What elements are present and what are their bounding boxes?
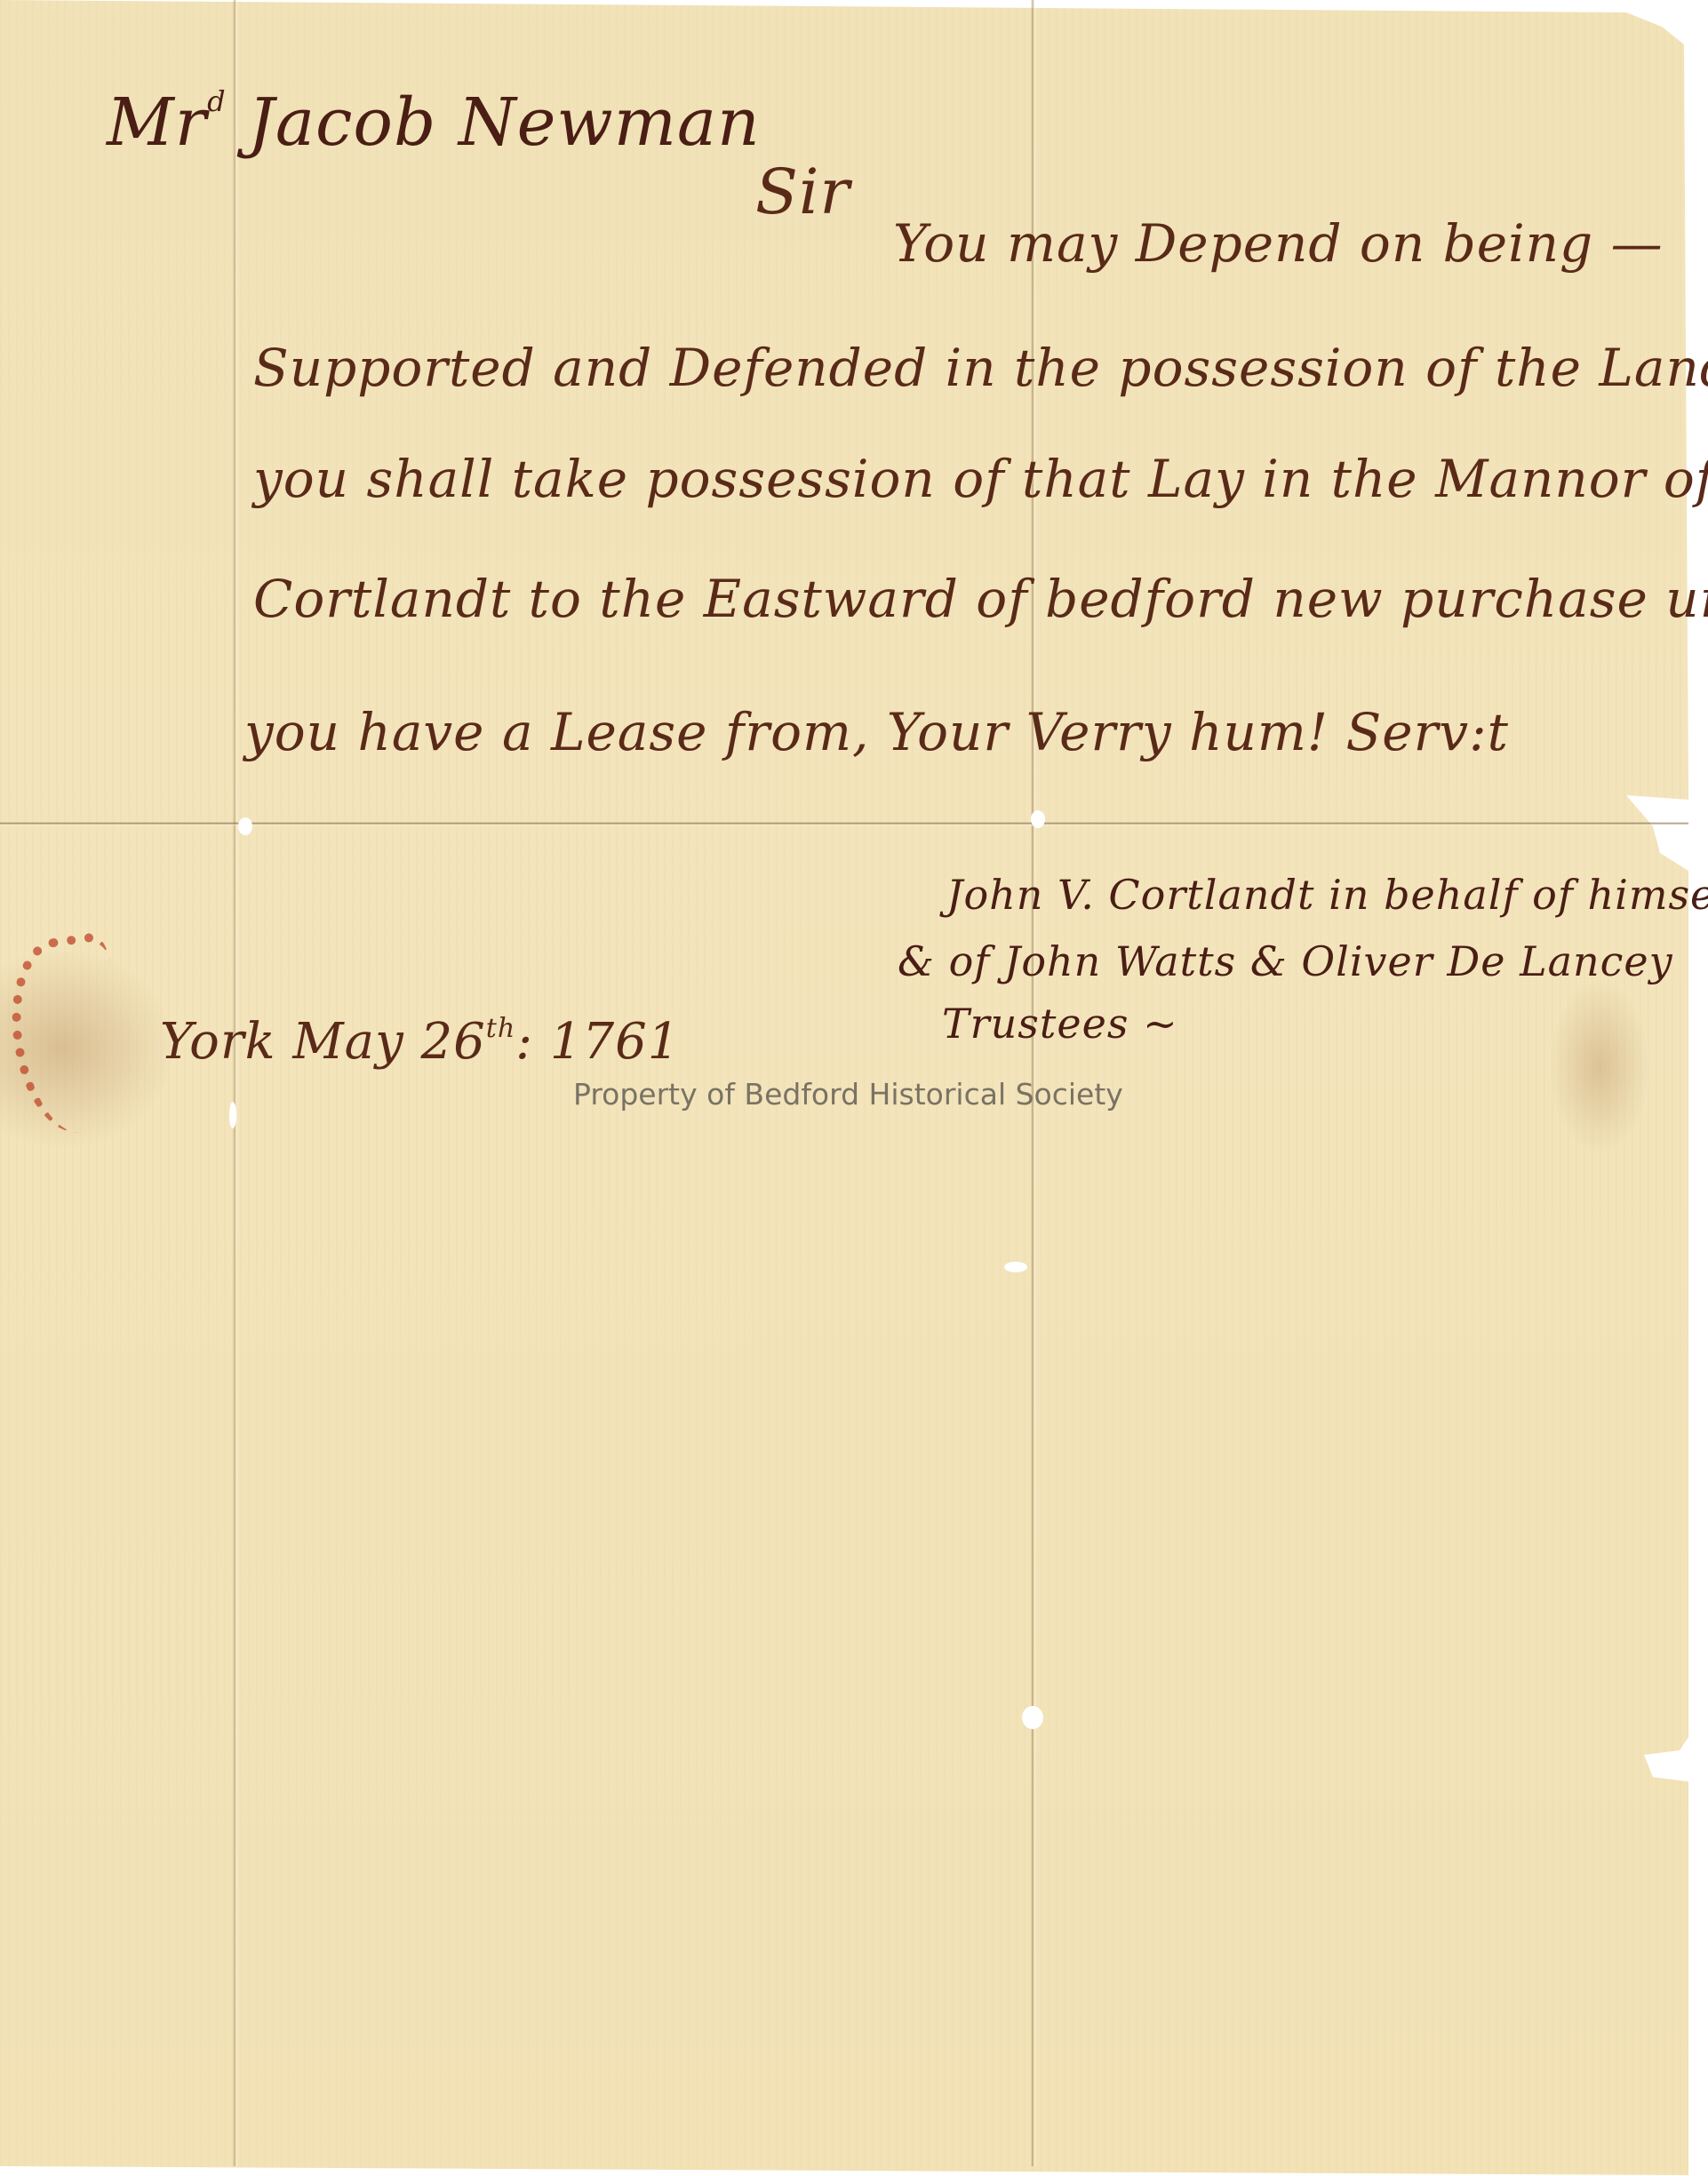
addressee-name: Jacob Newman — [248, 84, 761, 161]
body-line-5: you have a Lease from, Your Verry hum! S… — [244, 702, 1509, 762]
signature-line-1: John V. Cortlandt in behalf of himself — [946, 871, 1708, 919]
salutation-title-suffix: d — [207, 84, 226, 118]
body-line-2: Supported and Defended in the possession… — [253, 338, 1708, 398]
dateline: York May 26th: 1761 — [160, 1013, 680, 1071]
fold-hole — [229, 1102, 236, 1128]
signature-line-3: Trustees ~ — [942, 1000, 1178, 1048]
watermark: Property of Bedford Historical Society — [573, 1077, 1123, 1112]
dateline-date: May 26 — [292, 1013, 485, 1071]
fold-hole — [1022, 1706, 1043, 1729]
salutation-addressee: Mrd Jacob Newman — [107, 84, 761, 161]
fold-hole — [1031, 810, 1045, 828]
dateline-ordinal: th — [486, 1013, 515, 1044]
body-line-3: you shall take possession of that Lay in… — [253, 449, 1708, 509]
fold-hole — [1004, 1262, 1027, 1272]
body-line-4: Cortlandt to the Eastward of bedford new… — [253, 569, 1708, 629]
signature-line-2: & of John Watts & Oliver De Lancey — [898, 937, 1673, 985]
salutation-title: Mr — [107, 84, 207, 161]
dateline-place: York — [160, 1013, 276, 1071]
fold-line-vertical-left — [233, 0, 238, 2166]
fold-hole — [238, 817, 252, 835]
fold-line-horizontal — [0, 822, 1688, 826]
body-line-1: You may Depend on being — — [893, 213, 1664, 274]
salutation-greeting: Sir — [755, 155, 850, 228]
dateline-year: : 1761 — [515, 1013, 680, 1071]
